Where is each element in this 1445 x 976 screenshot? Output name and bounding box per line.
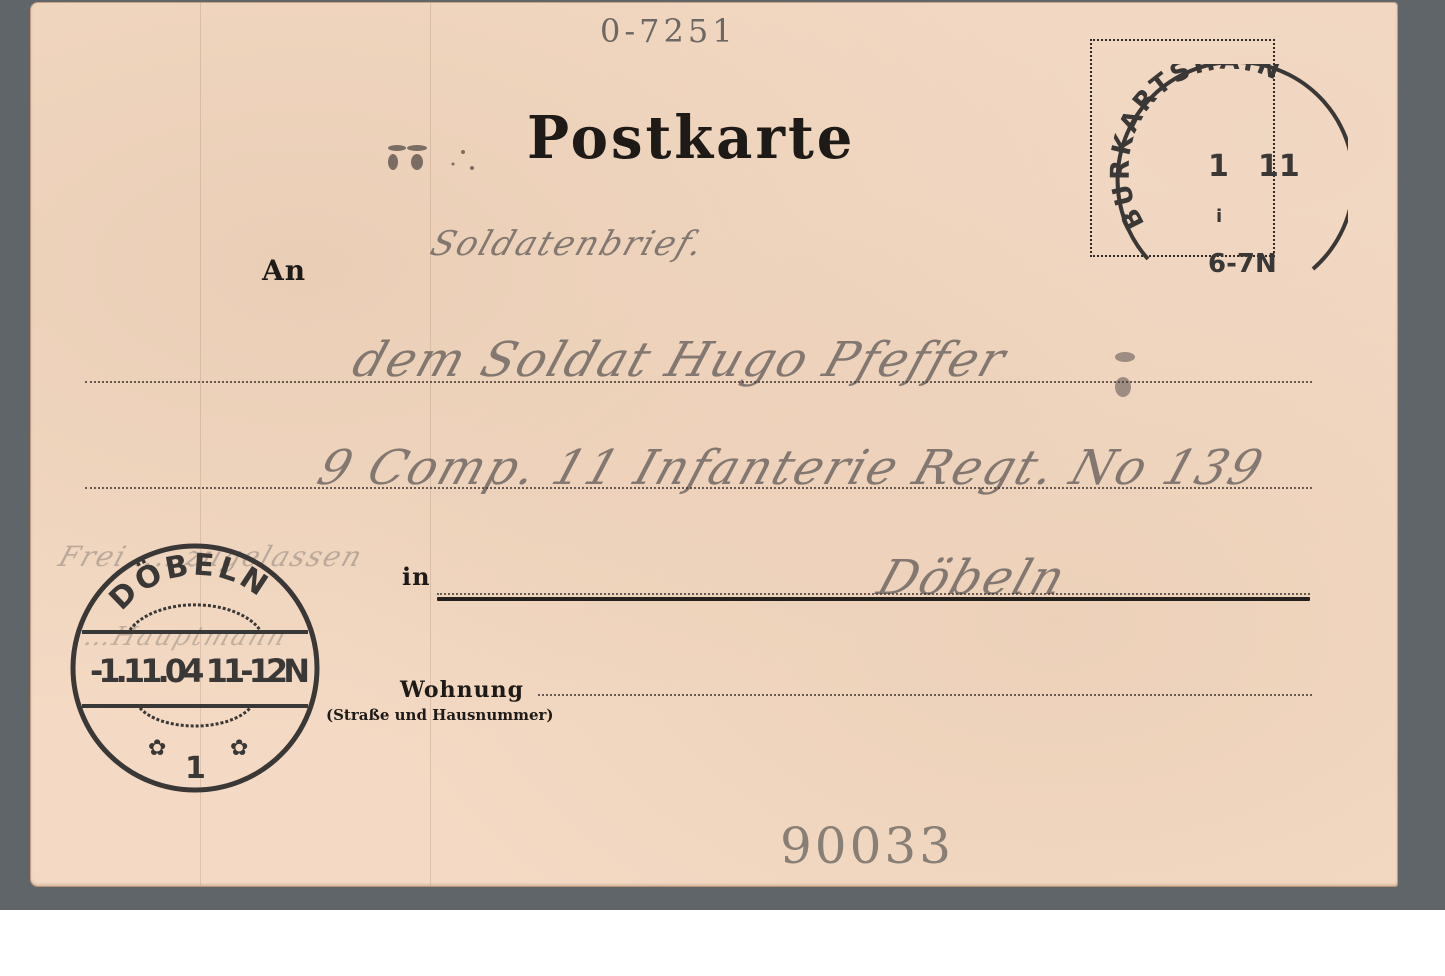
ink-smudge xyxy=(1105,347,1150,407)
postmark-time: 6-7N xyxy=(1208,249,1277,279)
postcard: 0-7251 Postkarte BURKARTSHAIN 1 11 i 6-7… xyxy=(30,2,1398,887)
address-line-2 xyxy=(85,487,1312,489)
svg-text:i: i xyxy=(1216,206,1222,227)
address-line-1 xyxy=(85,381,1312,383)
svg-text:✿: ✿ xyxy=(230,736,248,761)
catalog-number-bottom: 90033 xyxy=(780,817,954,875)
recipient-label: An xyxy=(262,254,306,287)
handwriting-recipient: dem Soldat Hugo Pfeffer xyxy=(346,332,1014,388)
postmark-day: 1 xyxy=(1208,149,1229,184)
handwriting-heading: Soldatenbrief. xyxy=(426,224,711,264)
residence-label: Wohnung xyxy=(400,677,524,703)
postcard-title: Postkarte xyxy=(527,103,855,172)
city-solid-rule xyxy=(437,597,1310,601)
city-label: in xyxy=(402,562,431,591)
catalog-number-top: 0-7251 xyxy=(600,12,737,50)
postmark-office-number: 1 xyxy=(185,751,206,786)
svg-text:✿: ✿ xyxy=(148,736,166,761)
residence-sublabel: (Straße und Hausnummer) xyxy=(326,706,554,724)
residence-line xyxy=(538,694,1312,696)
postmark-burkartshain: BURKARTSHAIN 1 11 i 6-7N xyxy=(1108,64,1348,284)
postmark-doebeln: DÖBELN -1.11.04 11-12N ✿ ✿ 1 xyxy=(60,540,330,795)
postmark-date: -1.11.04 11-12N xyxy=(90,652,310,690)
postmark-month: 11 xyxy=(1258,149,1300,184)
ink-smudge xyxy=(375,138,490,174)
city-dotted-line xyxy=(437,593,1310,595)
